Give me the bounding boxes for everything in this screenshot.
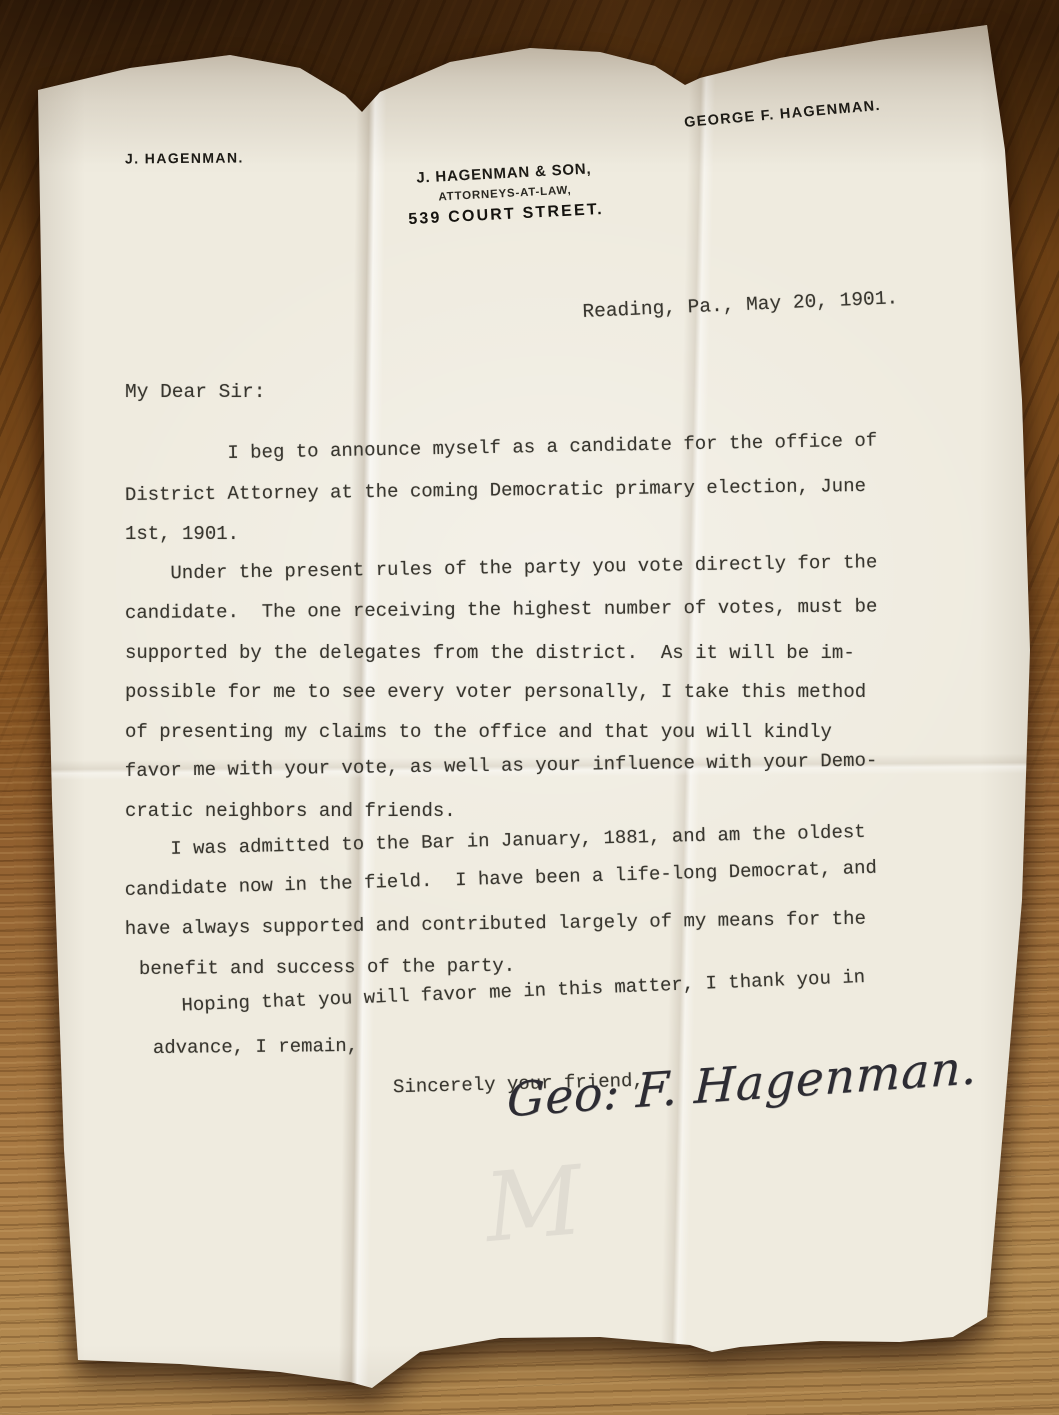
letterhead-right-name: GEORGE F. HAGENMAN. [684, 98, 882, 131]
letter-body: I beg to announce myself as a candidate … [125, 445, 935, 1077]
body-line: candidate. The one receiving the highest… [125, 596, 935, 643]
body-line: supported by the delegates from the dist… [125, 643, 935, 683]
body-line: District Attorney at the coming Democrat… [125, 475, 935, 524]
paper-shadow-wrapper: J. HAGENMAN. GEORGE F. HAGENMAN. J. HAGE… [0, 0, 1059, 1415]
dateline: Reading, Pa., May 20, 1901. [582, 287, 899, 323]
salutation: My Dear Sir: [125, 381, 265, 403]
body-line: have always supported and contributed la… [125, 908, 935, 959]
letter-paper: J. HAGENMAN. GEORGE F. HAGENMAN. J. HAGE… [30, 15, 1035, 1415]
body-line: favor me with your vote, as well as your… [125, 750, 935, 801]
photo-of-letter: J. HAGENMAN. GEORGE F. HAGENMAN. J. HAGE… [0, 0, 1059, 1415]
letterhead-firm-block: J. HAGENMAN & SON, ATTORNEYS-AT-LAW, 539… [364, 158, 647, 232]
letterhead-left-name: J. HAGENMAN. [125, 149, 244, 166]
body-line: possible for me to see every voter perso… [125, 682, 935, 722]
faint-show-through-mark: M [480, 1146, 586, 1264]
